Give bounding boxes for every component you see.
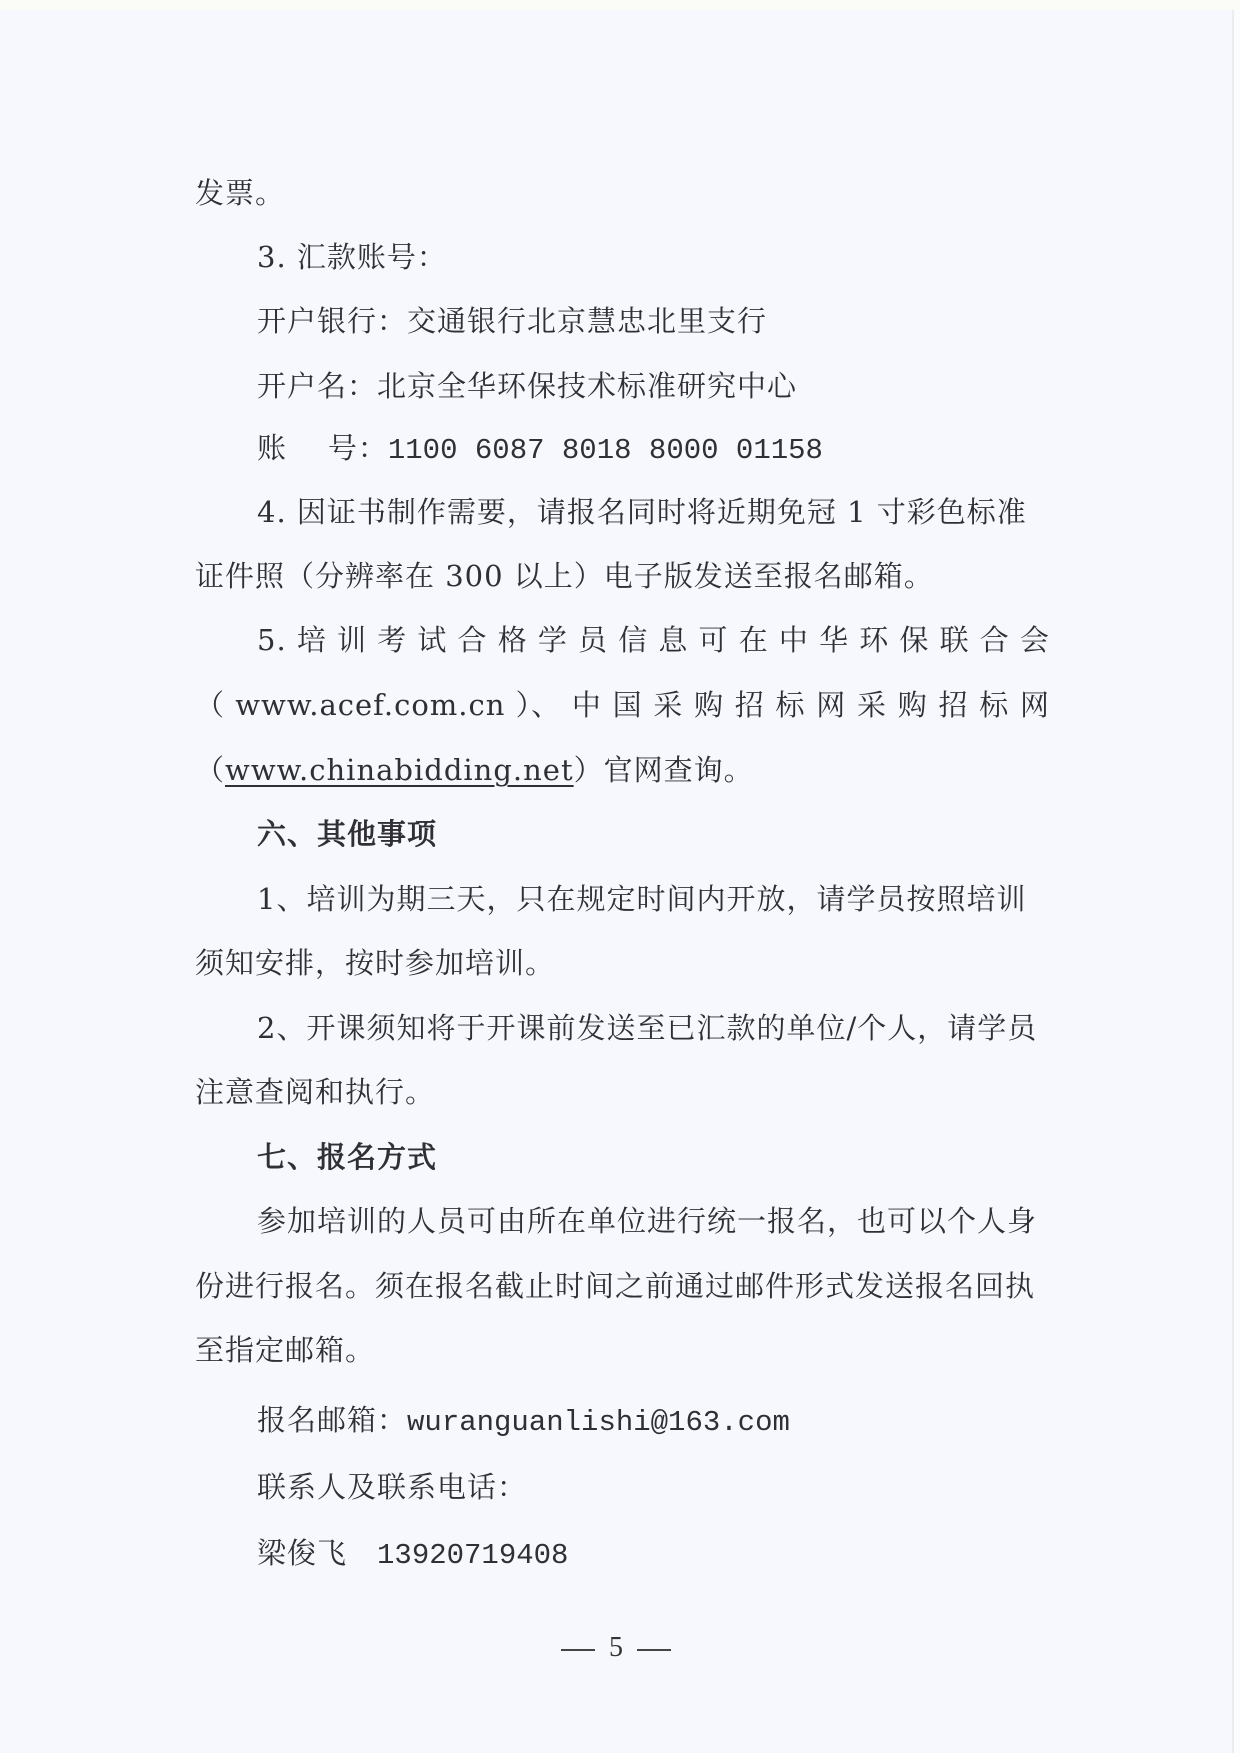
registration-paragraph-end: 至指定邮箱。 <box>195 1328 375 1372</box>
item-4-photo-requirement: 4. 因证书制作需要，请报名同时将近期免冠 1 寸彩色标准 <box>257 490 1027 534</box>
remittance-account-heading: 3. 汇款账号： <box>257 235 447 279</box>
scan-top-edge <box>0 0 1240 10</box>
account-name-value: 北京全华环保技术标准研究中心 <box>377 369 797 403</box>
contact-phone: 13920719408 <box>377 1539 568 1572</box>
registration-email-value[interactable]: wuranguanlishi@163.com <box>407 1406 790 1439</box>
item-4-photo-requirement-cont: 证件照（分辨率在 300 以上）电子版发送至报名邮箱。 <box>195 554 934 598</box>
page-footer: 5 <box>0 1626 1232 1670</box>
account-number-value: 1100 6087 8018 8000 01158 <box>388 434 823 467</box>
registration-paragraph: 参加培训的人员可由所在单位进行统一报名，也可以个人身 <box>257 1199 1037 1243</box>
chinabidding-link[interactable]: www.chinabidding.net <box>225 753 574 787</box>
registration-paragraph-cont: 份进行报名。须在报名截止时间之前通过邮件形式发送报名回执 <box>195 1264 1035 1308</box>
account-number-label: 账 号： <box>257 431 388 465</box>
account-name-row: 开户名：北京全华环保技术标准研究中心 <box>257 364 797 408</box>
paragraph-continuation: 发票。 <box>195 171 285 215</box>
chinabidding-line: （www.chinabidding.net）官网查询。 <box>195 748 754 792</box>
item-2-course-notice-cont: 注意查阅和执行。 <box>195 1070 435 1114</box>
item-2-course-notice: 2、开课须知将于开课前发送至已汇款的单位/个人，请学员 <box>257 1006 1037 1050</box>
footer-dash-left <box>561 1649 595 1651</box>
contact-heading: 联系人及联系电话： <box>257 1465 527 1509</box>
item-1-training-duration: 1、培训为期三天，只在规定时间内开放，请学员按照培训 <box>257 877 1026 921</box>
document-page: 发票。 3. 汇款账号： 开户银行：交通银行北京慧忠北里支行 开户名：北京全华环… <box>0 0 1234 1753</box>
contact-row: 梁俊飞13920719408 <box>257 1531 568 1575</box>
acef-website-text: （ www.acef.com.cn ）、 <box>195 683 561 727</box>
bank-name-value: 交通银行北京慧忠北里支行 <box>407 304 767 338</box>
bank-name-row: 开户银行：交通银行北京慧忠北里支行 <box>257 299 767 343</box>
registration-email-label: 报名邮箱： <box>257 1403 407 1437</box>
contact-name: 梁俊飞 <box>257 1536 347 1570</box>
registration-email-row: 报名邮箱：wuranguanlishi@163.com <box>257 1398 790 1442</box>
footer-dash-right <box>637 1649 671 1651</box>
item-5-query-info: 5. 培 训 考 试 合 格 学 员 信 息 可 在 中 华 环 保 联 合 会 <box>257 618 1050 662</box>
page-number: 5 <box>609 1632 623 1663</box>
section-7-heading: 七、报名方式 <box>257 1135 437 1179</box>
section-6-heading: 六、其他事项 <box>257 812 437 856</box>
bank-name-label: 开户银行： <box>257 304 407 338</box>
item-1-training-duration-cont: 须知安排，按时参加培训。 <box>195 941 555 985</box>
item-5-query-info-cont: （ www.acef.com.cn ）、 中 国 采 购 招 标 网 采 购 招… <box>195 683 1050 727</box>
account-name-label: 开户名： <box>257 369 377 403</box>
account-number-row: 账 号：1100 6087 8018 8000 01158 <box>257 426 823 470</box>
